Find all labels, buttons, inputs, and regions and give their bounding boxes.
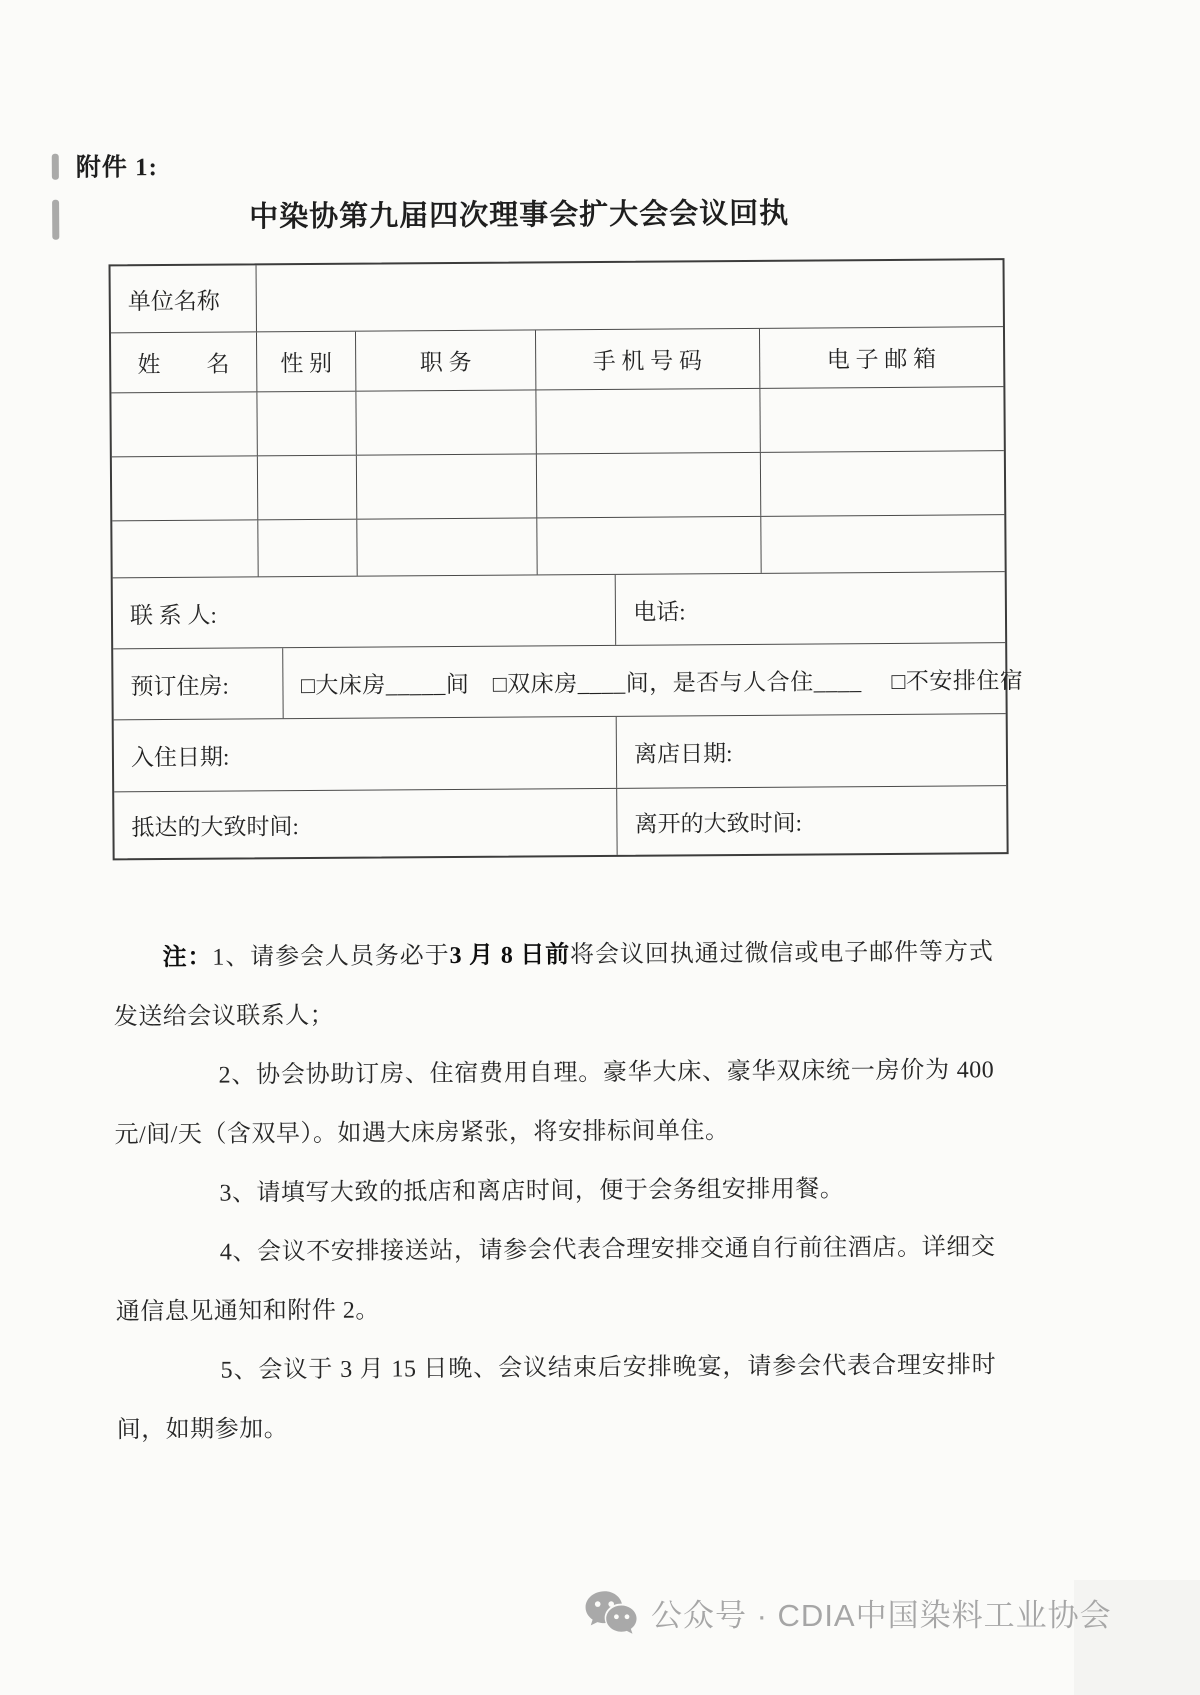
header-name: 姓 名 xyxy=(111,332,256,392)
scan-artifact xyxy=(52,200,59,240)
attendee-position-field[interactable] xyxy=(357,518,537,575)
wechat-footer-text: 公众号 · CDIA中国染料工业协会 xyxy=(651,1590,1112,1635)
contact-person-field[interactable]: 联 系 人: xyxy=(113,575,616,649)
arrival-time-label: 抵达的大致时间: xyxy=(131,808,299,842)
attendee-position-field[interactable] xyxy=(356,390,536,454)
note-item-2: 2、协会协助订房、住宿费用自理。豪华大床、豪华双床统一房价为 400 元/间/天… xyxy=(114,1041,995,1165)
attachment-label: 附件 1: xyxy=(76,147,158,184)
contact-person-label: 联 系 人: xyxy=(130,596,217,630)
attendee-email-field[interactable] xyxy=(759,451,1004,516)
times-row: 抵达的大致时间: 离开的大致时间: xyxy=(114,785,1006,858)
attendee-mobile-field[interactable] xyxy=(536,453,760,518)
booking-options-field[interactable]: □大床房_____间 □双床房____间，是否与人合住____ □不安排住宿 xyxy=(283,643,1006,718)
attendee-position-field[interactable] xyxy=(356,454,536,518)
note-item-3: 3、请填写大致的抵店和离店时间，便于会务组安排用餐。 xyxy=(115,1159,995,1224)
contact-row: 联 系 人: 电话: xyxy=(113,571,1005,648)
phone-label: 电话: xyxy=(633,593,686,626)
attendee-email-field[interactable] xyxy=(760,515,1005,573)
booking-label: 预订住房: xyxy=(130,667,229,701)
booking-label-cell: 预订住房: xyxy=(113,648,283,719)
attendee-name-field[interactable] xyxy=(112,456,257,520)
attendee-row xyxy=(112,514,1004,577)
departure-time-label: 离开的大致时间: xyxy=(634,804,802,838)
note-item-5: 5、会议于 3 月 15 日晚、会议结束后安排晚宴，请参会代表合理安排时间，如期… xyxy=(116,1336,997,1460)
scanned-page: 附件 1: 中染协第九届四次理事会扩大会会议回执 单位名称 姓 名 性 别 职 … xyxy=(0,0,1200,1695)
attendee-gender-field[interactable] xyxy=(256,456,356,520)
wechat-footer: 公众号 · CDIA中国染料工业协会 xyxy=(584,1586,1112,1638)
unit-name-label-cell: 单位名称 xyxy=(111,265,256,332)
attendee-name-field[interactable] xyxy=(112,520,257,577)
arrival-time-field[interactable]: 抵达的大致时间: xyxy=(114,789,617,859)
checkout-date-field[interactable]: 离店日期: xyxy=(616,714,1006,788)
phone-field[interactable]: 电话: xyxy=(615,572,1005,645)
dates-row: 入住日期: 离店日期: xyxy=(114,713,1006,791)
attendee-gender-field[interactable] xyxy=(257,520,357,577)
note-1-text: 请参会人员务必于 xyxy=(250,943,450,970)
unit-name-field[interactable] xyxy=(255,260,1003,331)
reply-form-table: 单位名称 姓 名 性 别 职 务 手 机 号 码 电 子 邮 箱 xyxy=(109,258,1009,860)
attendee-mobile-field[interactable] xyxy=(536,517,760,575)
booking-options: □大床房_____间 □双床房____间，是否与人合住____ □不安排住宿 xyxy=(301,662,1024,700)
departure-time-field[interactable]: 离开的大致时间: xyxy=(616,786,1006,855)
unit-name-row: 单位名称 xyxy=(111,260,1003,332)
header-position: 职 务 xyxy=(355,330,535,390)
header-email: 电 子 邮 箱 xyxy=(759,327,1004,388)
attendee-mobile-field[interactable] xyxy=(535,389,759,454)
checkout-date-label: 离店日期: xyxy=(634,735,733,769)
note-label: 注： xyxy=(162,945,212,971)
page-title: 中染协第九届四次理事会扩大会会议回执 xyxy=(108,190,930,237)
header-mobile: 手 机 号 码 xyxy=(535,329,759,390)
wechat-icon xyxy=(584,1589,638,1635)
attendee-row xyxy=(112,450,1004,520)
attendee-email-field[interactable] xyxy=(759,387,1004,452)
attendee-row xyxy=(111,386,1003,456)
note-item-4: 4、会议不安排接送站，请参会代表合理安排交通自行前往酒店。详细交通信息见通知和附… xyxy=(115,1218,996,1342)
attendee-gender-field[interactable] xyxy=(256,392,356,456)
notes-section: 注：1、请参会人员务必于3 月 8 日前将会议回执通过微信或电子邮件等方式发送给… xyxy=(113,923,997,1460)
table-header-row: 姓 名 性 别 职 务 手 机 号 码 电 子 邮 箱 xyxy=(111,326,1003,392)
note-1-number: 1、 xyxy=(212,944,250,970)
note-item-1: 注：1、请参会人员务必于3 月 8 日前将会议回执通过微信或电子邮件等方式发送给… xyxy=(113,923,994,1047)
checkin-date-field[interactable]: 入住日期: xyxy=(114,717,617,792)
unit-name-label: 单位名称 xyxy=(128,282,220,316)
header-gender: 性 别 xyxy=(255,332,355,392)
scan-artifact xyxy=(52,154,59,180)
note-1-deadline: 3 月 8 日前 xyxy=(450,942,571,969)
booking-row: 预订住房: □大床房_____间 □双床房____间，是否与人合住____ □不… xyxy=(113,642,1005,719)
checkin-date-label: 入住日期: xyxy=(131,739,230,773)
attendee-name-field[interactable] xyxy=(111,392,256,456)
